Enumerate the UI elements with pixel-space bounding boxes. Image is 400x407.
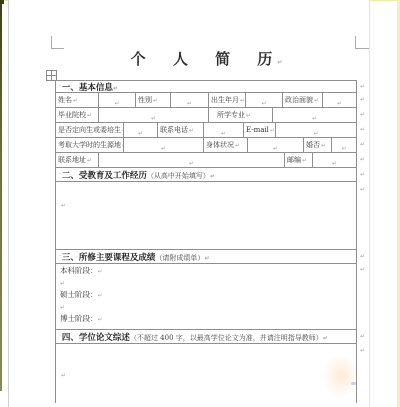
address-field[interactable]: ↵ [99,153,285,168]
row-end-mark: ↵ [360,111,365,118]
paragraph-mark: ↵ [61,372,66,379]
origin-place-label: 考取大学时的生源地↵ [56,138,124,153]
email-field[interactable]: ↵ [276,123,356,138]
document-title-text: 个 人 简 历 [131,50,284,68]
major-field[interactable]: ↵ [273,108,356,123]
resume-table: ·一、基本信息↵ 姓名↵ ↵ 性别↵ ↵ 出生年月↵ ↵ 政治面貌↵ ↵ 毕业院… [55,80,357,403]
married-label: 婚否↵ [304,138,332,153]
section-marker: · [59,171,61,178]
paragraph-mark: ↵ [210,173,215,180]
section-3-header-row: ·三、所修主要课程及成绩（请附成绩单）↵ [56,250,356,264]
master-stage-line: 硕士阶段：↵ [60,289,356,301]
blank-line: ↵ [60,301,356,313]
paragraph-mark: ↵ [277,59,282,66]
section-2-header-row: ·二、受教育及工作经历（从高中开始填写）↵ [56,168,356,182]
blank-line: ↵ [60,325,356,329]
row-end-mark: ↵ [360,96,365,103]
name-field[interactable]: ↵ [99,93,136,108]
row-end-mark: ↵ [360,126,365,133]
undergrad-stage-line: 本科阶段：↵ [60,265,356,277]
doctor-stage-line: 博士阶段：↵ [60,313,356,325]
courses-area[interactable]: 本科阶段：↵ ↵ 硕士阶段：↵ ↵ 博士阶段：↵ ↵ [56,264,356,329]
section-4-body-row: ↵ [56,344,356,403]
basic-row-2: 毕业院校↵ ↵ 所学专业↵ ↵ [56,108,356,123]
birth-date-field[interactable]: ↵ [246,93,283,108]
married-field[interactable]: ↵ [332,138,356,153]
screenshot-edge-left [0,0,2,391]
postcode-label: 邮编↵ [285,153,313,168]
basic-row-1: 姓名↵ ↵ 性别↵ ↵ 出生年月↵ ↵ 政治面貌↵ ↵ [56,93,356,108]
row-end-mark: ↵ [360,266,365,273]
row-end-mark: ↵ [360,333,365,340]
directed-student-label: 是否定向生或委培生↵ [56,123,124,138]
basic-row-5: 联系地址↵ ↵ 邮编↵ ↵ [56,153,356,168]
section-marker: · [59,333,61,340]
watermark-dot [351,382,356,385]
postcode-field[interactable]: ↵ [313,153,356,168]
screenshot-edge-corner [0,0,4,4]
paragraph-mark: ↵ [61,202,66,209]
row-end-mark: ↵ [360,83,365,90]
watermark-smudge [320,356,358,400]
gender-field[interactable]: ↵ [171,93,209,108]
phone-label: 联系电话↵ [158,123,204,138]
address-label: 联系地址↵ [56,153,99,168]
directed-student-field[interactable]: ↵ [124,123,158,138]
email-label: E-mail↵ [244,123,276,138]
section-1-header-row: ·一、基本信息↵ [56,81,356,93]
basic-row-3: 是否定向生或委培生↵ ↵ 联系电话↵ ↵ E-mail↵ ↵ [56,123,356,138]
paragraph-mark: ↵ [113,85,118,92]
row-end-mark: ↵ [360,141,365,148]
health-field[interactable]: ↵ [248,138,304,153]
gender-label: 性别↵ [136,93,171,108]
paragraph-mark: ↵ [323,335,328,342]
section-marker: · [59,83,61,90]
section-marker: · [59,253,61,260]
section-2-body-row: ↵ [56,182,356,250]
education-history-area[interactable]: ↵ [56,182,356,249]
school-label: 毕业院校↵ [56,108,99,123]
name-label: 姓名↵ [56,93,99,108]
section-4-header-row: ·四、学位论文综述（不超过 400 字，以最高学位论文为准，并请注明指导教师）↵ [56,330,356,344]
section-1-heading: ·一、基本信息↵ [56,81,356,93]
row-end-mark: ↵ [360,347,365,354]
health-label: 身体状况↵ [204,138,248,153]
section-4-heading: ·四、学位论文综述（不超过 400 字，以最高学位论文为准，并请注明指导教师）↵ [56,330,356,344]
school-field[interactable]: ↵ [99,108,209,123]
section-2-heading: ·二、受教育及工作经历（从高中开始填写）↵ [56,168,356,182]
origin-place-field[interactable]: ↵ [124,138,204,153]
row-end-mark: ↵ [360,186,365,193]
thesis-summary-area[interactable]: ↵ [56,344,356,403]
paragraph-mark: ↵ [204,255,209,262]
phone-field[interactable]: ↵ [204,123,244,138]
row-end-mark: ↵ [360,171,365,178]
birth-date-label: 出生年月↵ [209,93,246,108]
basic-row-4: 考取大学时的生源地↵ ↵ 身体状况↵ ↵ 婚否↵ ↵ [56,138,356,153]
section-3-body-row: 本科阶段：↵ ↵ 硕士阶段：↵ ↵ 博士阶段：↵ ↵ [56,264,356,330]
row-end-mark: ↵ [360,253,365,260]
row-end-mark: ↵ [360,156,365,163]
section-3-heading: ·三、所修主要课程及成绩（请附成绩单）↵ [56,250,356,264]
political-status-field[interactable]: ↵ [323,93,356,108]
political-status-label: 政治面貌↵ [283,93,323,108]
document-title[interactable]: 个 人 简 历↵ [55,48,358,69]
blank-line: ↵ [60,277,356,289]
major-label: 所学专业↵ [209,108,273,123]
